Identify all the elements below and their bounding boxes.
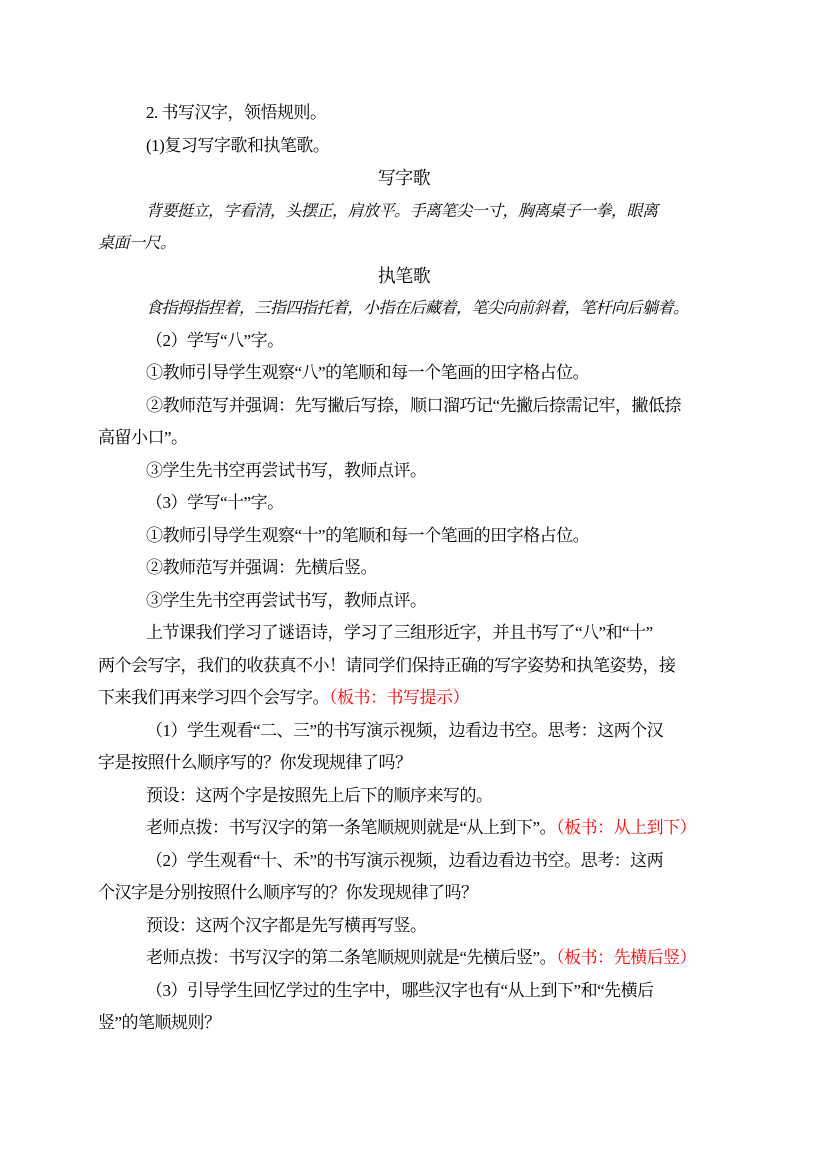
line-text: 老师点拨：书写汉字的第一条笔顺规则就是“从上到下”。 <box>146 818 556 837</box>
text-line: (1)复习写字歌和执笔歌。 <box>98 130 710 163</box>
text-line: （3）学写“十”字。 <box>98 487 710 520</box>
text-line: 字是按照什么顺序写的？你发现规律了吗？ <box>98 747 710 780</box>
text-line: ③学生先书空再尝试书写，教师点评。 <box>98 455 710 488</box>
line-text: （1）学生观看“二、三”的书写演示视频，边看边书空。思考：这两个汉 <box>146 721 663 740</box>
line-text: （3）引导学生回忆学过的生字中，哪些汉字也有“从上到下”和“先横后 <box>146 981 654 1000</box>
text-line: ③学生先书空再尝试书写，教师点评。 <box>98 585 710 618</box>
line-text: ①教师引导学生观察“十”的笔顺和每一个笔画的田字格占位。 <box>146 526 589 545</box>
line-text: 2. 书写汉字，领悟规则。 <box>146 103 327 122</box>
line-text: ①教师引导学生观察“八”的笔顺和每一个笔画的田字格占位。 <box>146 363 589 382</box>
board-note-red-text: （板书：书写提示） <box>329 688 469 707</box>
text-line: 预设：这两个字是按照先上后下的顺序来写的。 <box>98 780 710 813</box>
text-line: ①教师引导学生观察“十”的笔顺和每一个笔画的田字格占位。 <box>98 520 710 553</box>
board-note-red-text: （板书：从上到下） <box>556 818 696 837</box>
text-line: 个汉字是分别按照什么顺序写的？你发现规律了吗？ <box>98 877 710 910</box>
text-line: （3）引导学生回忆学过的生字中，哪些汉字也有“从上到下”和“先横后 <box>98 975 710 1008</box>
line-text: ③学生先书空再尝试书写，教师点评。 <box>146 461 427 480</box>
line-text: （3）学写“十”字。 <box>146 493 284 512</box>
text-line-with-board-note: 老师点拨：书写汉字的第二条笔顺规则就是“先横后竖”。（板书：先横后竖） <box>98 942 710 975</box>
text-line: 两个会写字，我们的收获真不小！请同学们保持正确的写字姿势和执笔姿势，接 <box>98 650 710 683</box>
rhyme-line: 桌面一尺。 <box>98 227 710 260</box>
line-text: 食指拇指捏着，三指四指托着，小指在后藏着，笔尖向前斜着，笔杆向后躺着。 <box>146 298 689 317</box>
line-text: ②教师范写并强调：先写撇后写捺，顺口溜巧记“先撇后捺需记牢，撇低捺 <box>146 396 681 415</box>
text-line-with-board-note: 老师点拨：书写汉字的第一条笔顺规则就是“从上到下”。（板书：从上到下） <box>98 812 710 845</box>
line-text: 背要挺立，字看清，头摆正，肩放平。手离笔尖一寸，胸离桌子一拳，眼离 <box>146 201 658 220</box>
line-text: 执笔歌 <box>378 266 431 286</box>
line-text: 桌面一尺。 <box>98 233 176 252</box>
line-text: 个汉字是分别按照什么顺序写的？你发现规律了吗？ <box>98 883 478 902</box>
line-text: 预设：这两个汉字都是先写横再写竖。 <box>146 916 427 935</box>
text-line: 2. 书写汉字，领悟规则。 <box>98 97 710 130</box>
rhyme-line: 背要挺立，字看清，头摆正，肩放平。手离笔尖一寸，胸离桌子一拳，眼离 <box>98 195 710 228</box>
line-text: ②教师范写并强调：先横后竖。 <box>146 558 377 577</box>
text-line: 高留小口”。 <box>98 422 710 455</box>
text-line: 竖”的笔顺规则？ <box>98 1007 710 1040</box>
line-text: 两个会写字，我们的收获真不小！请同学们保持正确的写字姿势和执笔姿势，接 <box>98 656 676 675</box>
text-line: ②教师范写并强调：先横后竖。 <box>98 552 710 585</box>
line-text: 高留小口”。 <box>98 428 188 447</box>
line-text: 上节课我们学习了谜语诗，学习了三组形近字，并且书写了“八”和“十” <box>146 623 653 642</box>
text-line: （2）学写“八”字。 <box>98 325 710 358</box>
rhyme-line: 食指拇指捏着，三指四指托着，小指在后藏着，笔尖向前斜着，笔杆向后躺着。 <box>98 292 710 325</box>
line-text: ③学生先书空再尝试书写，教师点评。 <box>146 591 427 610</box>
document-page: 2. 书写汉字，领悟规则。(1)复习写字歌和执笔歌。写字歌背要挺立，字看清，头摆… <box>0 0 827 1170</box>
line-text: 字是按照什么顺序写的？你发现规律了吗？ <box>98 753 412 772</box>
document-content: 2. 书写汉字，领悟规则。(1)复习写字歌和执笔歌。写字歌背要挺立，字看清，头摆… <box>98 97 710 1040</box>
line-text: （2）学写“八”字。 <box>146 331 284 350</box>
line-text: 写字歌 <box>378 168 431 188</box>
text-line: 预设：这两个汉字都是先写横再写竖。 <box>98 910 710 943</box>
line-text: 老师点拨：书写汉字的第二条笔顺规则就是“先横后竖”。 <box>146 948 556 967</box>
text-line-with-board-note: 下来我们再来学习四个会写字。（板书：书写提示） <box>98 682 710 715</box>
board-note-red-text: （板书：先横后竖） <box>556 948 696 967</box>
line-text: 竖”的笔顺规则？ <box>98 1013 221 1032</box>
section-heading: 执笔歌 <box>98 260 710 293</box>
line-text: (1)复习写字歌和执笔歌。 <box>146 136 329 155</box>
text-line: 上节课我们学习了谜语诗，学习了三组形近字，并且书写了“八”和“十” <box>98 617 710 650</box>
line-text: （2）学生观看“十、禾”的书写演示视频，边看边看边书空。思考：这两 <box>146 851 663 870</box>
text-line: ②教师范写并强调：先写撇后写捺，顺口溜巧记“先撇后捺需记牢，撇低捺 <box>98 390 710 423</box>
text-line: （1）学生观看“二、三”的书写演示视频，边看边书空。思考：这两个汉 <box>98 715 710 748</box>
line-text: 预设：这两个字是按照先上后下的顺序来写的。 <box>146 786 493 805</box>
section-heading: 写字歌 <box>98 162 710 195</box>
text-line: （2）学生观看“十、禾”的书写演示视频，边看边看边书空。思考：这两 <box>98 845 710 878</box>
line-text: 下来我们再来学习四个会写字。 <box>98 688 329 707</box>
text-line: ①教师引导学生观察“八”的笔顺和每一个笔画的田字格占位。 <box>98 357 710 390</box>
